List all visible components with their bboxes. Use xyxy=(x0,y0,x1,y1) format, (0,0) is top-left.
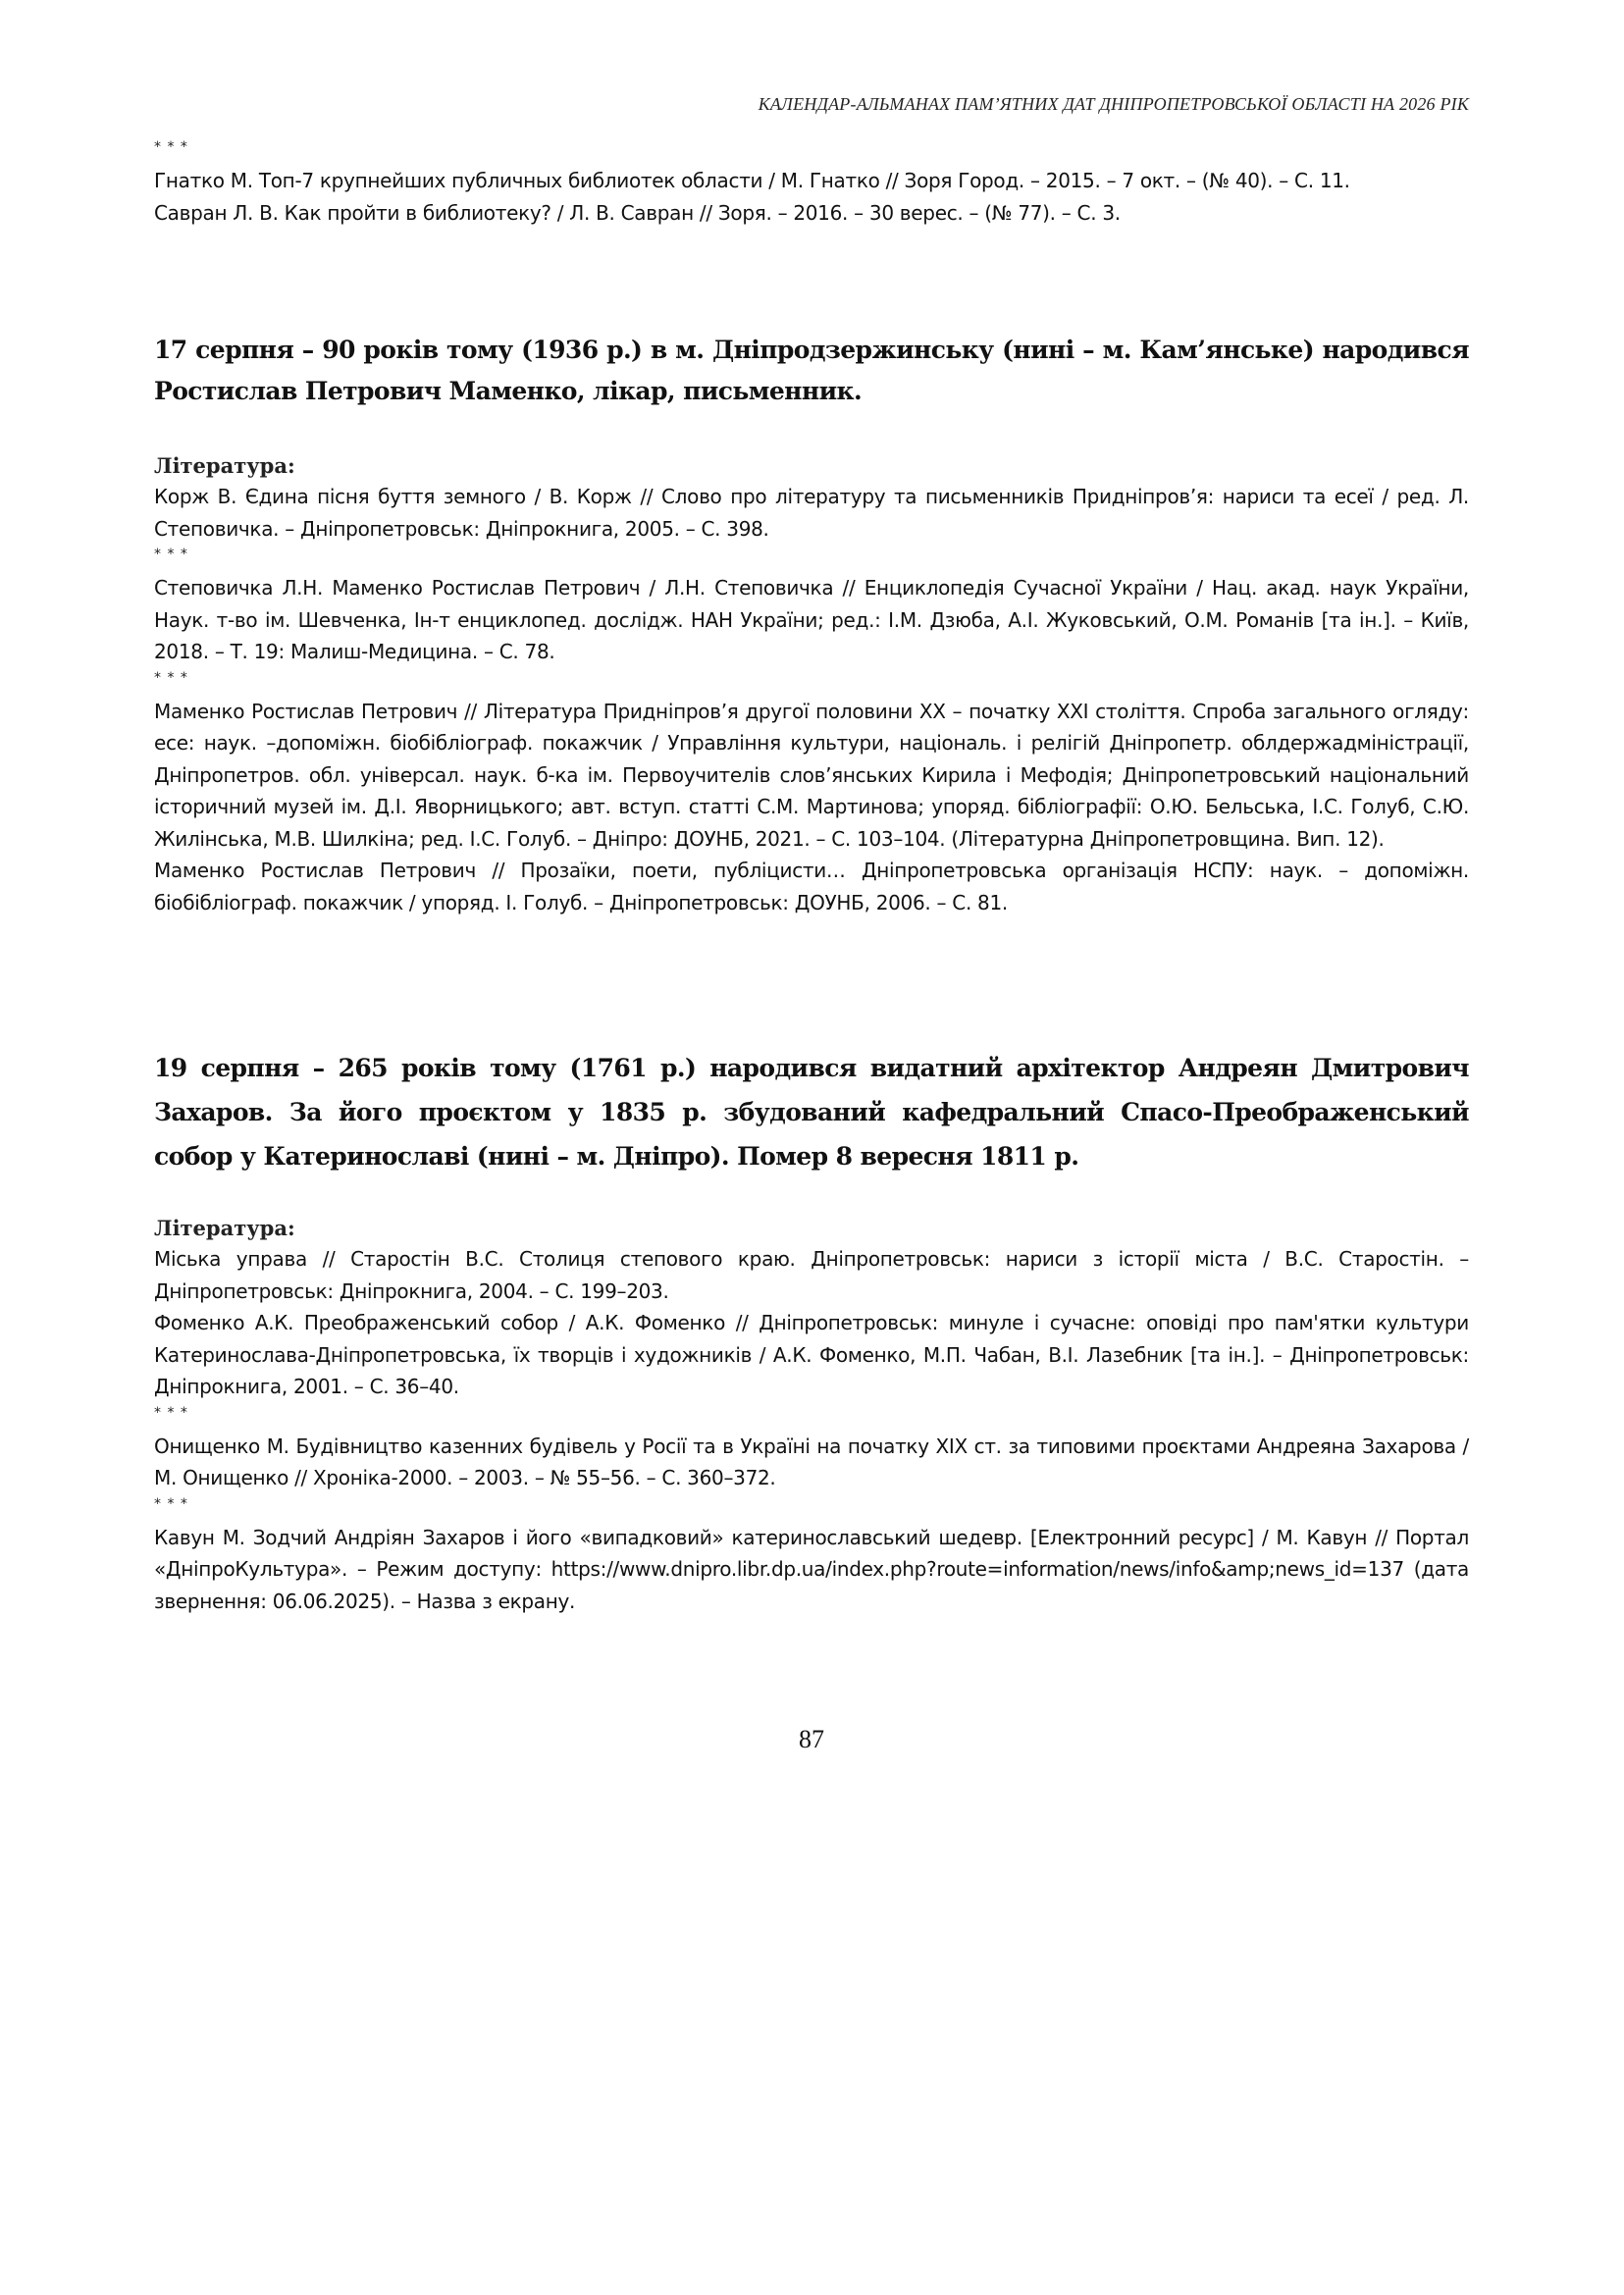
separator: * * * xyxy=(154,1403,1469,1423)
running-header: КАЛЕНДАР-АЛЬМАНАХ ПАМ’ЯТНИХ ДАТ ДНІПРОПЕ… xyxy=(154,94,1469,115)
section-mamenko: 17 серпня – 90 років тому (1936 р.) в м.… xyxy=(154,330,1469,918)
bibliography-entry: Гнатко М. Топ-7 крупнейших публичных биб… xyxy=(154,165,1469,197)
literature-label: Література: xyxy=(154,1214,1469,1243)
separator: * * * xyxy=(154,545,1469,564)
bibliography-entry: Фоменко А.К. Преображенський собор / А.К… xyxy=(154,1307,1469,1403)
section-heading: 19 серпня – 265 років тому (1761 р.) нар… xyxy=(154,1046,1469,1178)
page-number: 87 xyxy=(154,1725,1469,1754)
section-zakharov: 19 серпня – 265 років тому (1761 р.) нар… xyxy=(154,1046,1469,1617)
bibliography-entry: Міська управа // Старостін В.С. Столиця … xyxy=(154,1243,1469,1307)
bibliography-entry: Маменко Ростислав Петрович // Прозаїки, … xyxy=(154,855,1469,918)
bibliography-entry: Корж В. Єдина пісня буття земного / В. К… xyxy=(154,481,1469,545)
bibliography-entry: Степовичка Л.Н. Маменко Ростислав Петров… xyxy=(154,572,1469,668)
literature-label: Література: xyxy=(154,451,1469,481)
bibliography-entry: Маменко Ростислав Петрович // Література… xyxy=(154,696,1469,856)
separator: * * * xyxy=(154,137,1469,157)
bibliography-entry: Онищенко М. Будівництво казенних будівел… xyxy=(154,1431,1469,1494)
separator: * * * xyxy=(154,1494,1469,1514)
separator: * * * xyxy=(154,668,1469,688)
bibliography-entry: Кавун М. Зодчий Андріян Захаров і його «… xyxy=(154,1522,1469,1618)
section-heading: 17 серпня – 90 років тому (1936 р.) в м.… xyxy=(154,330,1469,412)
bibliography-entry: Савран Л. В. Как пройти в библиотеку? / … xyxy=(154,197,1469,230)
continuation-block: * * * Гнатко М. Топ-7 крупнейших публичн… xyxy=(154,137,1469,229)
